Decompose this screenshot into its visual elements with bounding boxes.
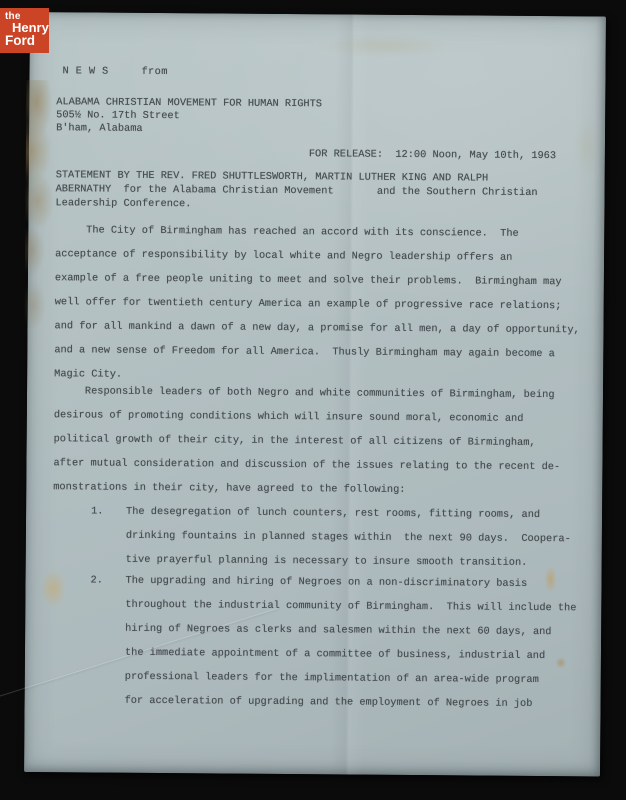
list-item: 1. The desegregation of lunch counters, …	[91, 499, 571, 575]
henry-ford-logo: the Henry Ford	[0, 8, 49, 53]
news-masthead: N E W S from	[62, 64, 167, 79]
body-paragraph: Responsible leaders of both Negro and wh…	[53, 379, 561, 503]
list-item-text: The upgrading and hiring of Negroes on a…	[124, 569, 576, 717]
organization-address: ALABAMA CHRISTIAN MOVEMENT FOR HUMAN RIG…	[56, 96, 322, 137]
paper-stain	[35, 564, 71, 618]
list-item: 2. The upgrading and hiring of Negroes o…	[90, 568, 577, 716]
release-dateline: FOR RELEASE: 12:00 Noon, May 10th, 1963	[309, 148, 556, 163]
paper-stain	[24, 80, 56, 355]
list-item-text: The desegregation of lunch counters, res…	[126, 500, 571, 575]
statement-byline: STATEMENT BY THE REV. FRED SHUTTLESWORTH…	[55, 168, 537, 214]
logo-text-ford: Ford	[5, 34, 35, 48]
list-item-number: 1.	[91, 499, 126, 523]
paper-stain	[567, 101, 608, 191]
photo-background: N E W S from ALABAMA CHRISTIAN MOVEMENT …	[0, 0, 626, 800]
paper-stain	[285, 28, 485, 64]
document-page: N E W S from ALABAMA CHRISTIAN MOVEMENT …	[24, 12, 606, 777]
list-item-number: 2.	[90, 568, 125, 592]
body-paragraph: The City of Birmingham has reached an ac…	[54, 218, 581, 390]
